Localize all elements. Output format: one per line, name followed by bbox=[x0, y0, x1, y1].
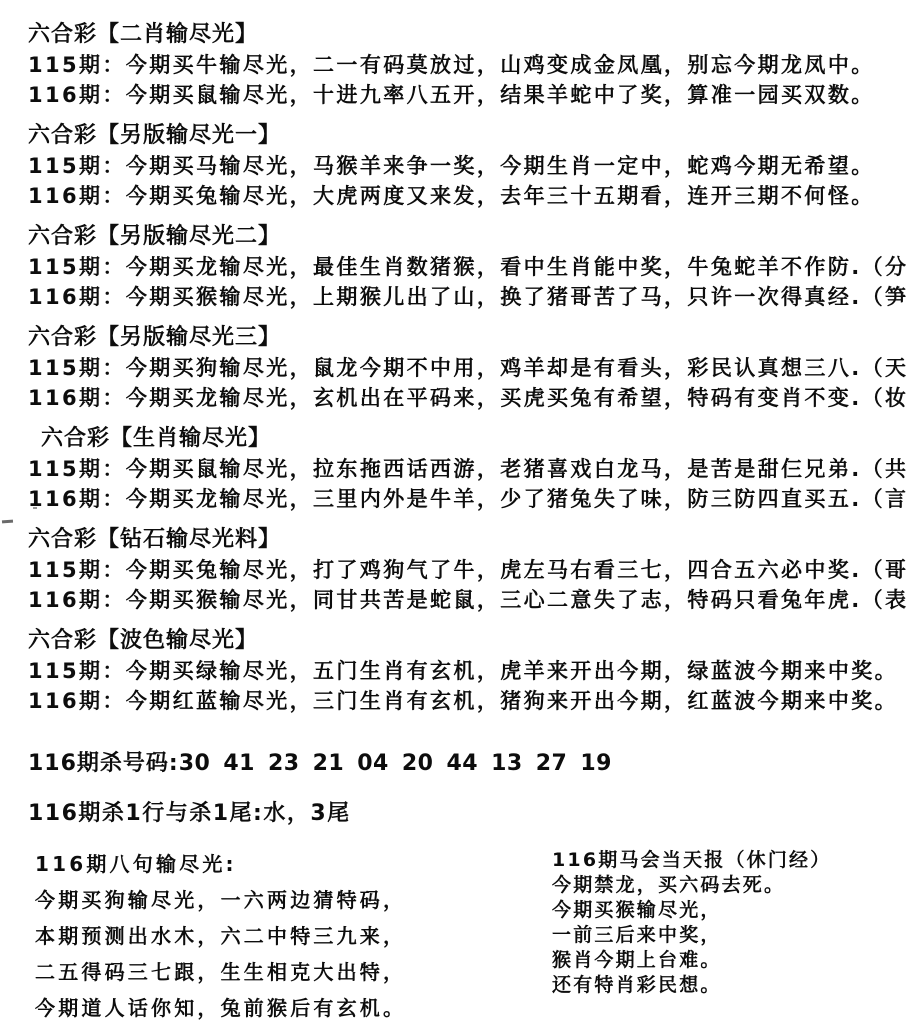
section-line-116: 116期：今期买龙输尽光，玄机出在平码来，买虎买兔有希望，特码有变肖不变.（妆） bbox=[28, 383, 898, 413]
section-alt-version-1: 六合彩【另版输尽光一】 115期：今期买马输尽光，马猴羊来争一奖，今期生肖一定中… bbox=[28, 121, 898, 211]
section-line-116: 116期：今期买猴输尽光，上期猴儿出了山，换了猪哥苦了马，只许一次得真经.（笋） bbox=[28, 282, 898, 312]
section-line-116: 116期：今期红蓝输尽光，三门生肖有玄机，猪狗来开出今期，红蓝波今期来中奖。 bbox=[28, 686, 898, 716]
verse-line: 二五得码三七跟，生生相克大出特， bbox=[35, 954, 552, 990]
report-title: 116期马会当天报（休门经） bbox=[552, 848, 898, 873]
document-page: 六合彩【二肖输尽光】 115期：今期买牛输尽光，二一有码莫放过，山鸡变成金凤凰，… bbox=[0, 0, 908, 1024]
kill-number: 04 bbox=[357, 751, 389, 777]
section-line-116: 116期：今期买龙输尽光，三里内外是牛羊，少了猪兔失了味，防三防四直买五.（言） bbox=[28, 484, 898, 514]
daily-report-block: 116期马会当天报（休门经） 今期禁龙，买六码去死。 今期买猴输尽光， 一前三后… bbox=[552, 846, 898, 1024]
section-title: 六合彩【另版输尽光一】 bbox=[28, 121, 898, 151]
bottom-two-columns: 116期八句输尽光: 今期买狗输尽光，一六两边猜特码， 本期预测出水木，六二中特… bbox=[28, 846, 898, 1024]
section-title: 六合彩【钻石输尽光料】 bbox=[28, 525, 898, 555]
section-line-115: 115期：今期买绿输尽光，五门生肖有玄机，虎羊来开出今期，绿蓝波今期来中奖。 bbox=[28, 656, 898, 686]
kill-number: 19 bbox=[580, 751, 612, 777]
section-line-115: 115期：今期买龙输尽光，最佳生肖数猪猴，看中生肖能中奖，牛兔蛇羊不作防.（分） bbox=[28, 252, 898, 282]
kill-number: 30 bbox=[179, 751, 211, 777]
section-title: 六合彩【生肖输尽光】 bbox=[28, 424, 898, 454]
verse-line: 今期买狗输尽光，一六两边猜特码， bbox=[35, 882, 552, 918]
kill-number: 27 bbox=[536, 751, 568, 777]
section-wave-color: 六合彩【波色输尽光】 115期：今期买绿输尽光，五门生肖有玄机，虎羊来开出今期，… bbox=[28, 626, 898, 716]
verse-line: 本期预测出水木，六二中特三九来， bbox=[35, 918, 552, 954]
kill-row-tail-line: 116期杀1行与杀1尾:水，3尾 bbox=[28, 801, 898, 827]
eight-line-verse-title: 116期八句输尽光: bbox=[35, 846, 552, 882]
section-line-115: 115期：今期买狗输尽光，鼠龙今期不中用，鸡羊却是有看头，彩民认真想三八.（天） bbox=[28, 353, 898, 383]
kill-number: 20 bbox=[402, 751, 434, 777]
kill-number: 21 bbox=[313, 751, 345, 777]
section-line-115: 115期：今期买牛输尽光，二一有码莫放过，山鸡变成金凤凰，别忘今期龙凤中。 bbox=[28, 50, 898, 80]
section-title: 六合彩【另版输尽光二】 bbox=[28, 222, 898, 252]
report-line: 一前三后来中奖， bbox=[552, 923, 898, 948]
section-two-zodiac: 六合彩【二肖输尽光】 115期：今期买牛输尽光，二一有码莫放过，山鸡变成金凤凰，… bbox=[28, 20, 898, 110]
scan-artifact-speck bbox=[33, 507, 37, 509]
report-line: 还有特肖彩民想。 bbox=[552, 973, 898, 998]
section-line-115: 115期：今期买兔输尽光，打了鸡狗气了牛，虎左马右看三七，四合五六必中奖.（哥） bbox=[28, 555, 898, 585]
section-diamond: 六合彩【钻石输尽光料】 115期：今期买兔输尽光，打了鸡狗气了牛，虎左马右看三七… bbox=[28, 525, 898, 615]
section-zodiac: 六合彩【生肖输尽光】 115期：今期买鼠输尽光，拉东拖西话西游，老猪喜戏白龙马，… bbox=[28, 424, 898, 514]
kill-number: 13 bbox=[491, 751, 523, 777]
report-line: 今期买猴输尽光， bbox=[552, 898, 898, 923]
section-line-116: 116期：今期买猴输尽光，同甘共苦是蛇鼠，三心二意失了志，特码只看兔年虎.（表） bbox=[28, 585, 898, 615]
section-line-115: 115期：今期买马输尽光，马猴羊来争一奖，今期生肖一定中，蛇鸡今期无希望。 bbox=[28, 151, 898, 181]
kill-numbers-label: 116期杀号码: bbox=[28, 751, 179, 776]
section-line-116: 116期：今期买鼠输尽光，十进九率八五开，结果羊蛇中了奖，算准一园买双数。 bbox=[28, 80, 898, 110]
kill-number: 41 bbox=[223, 751, 255, 777]
kill-number: 44 bbox=[446, 751, 478, 777]
eight-line-verse-block: 116期八句输尽光: 今期买狗输尽光，一六两边猜特码， 本期预测出水木，六二中特… bbox=[28, 846, 552, 1024]
section-title: 六合彩【波色输尽光】 bbox=[28, 626, 898, 656]
section-title: 六合彩【二肖输尽光】 bbox=[28, 20, 898, 50]
section-title: 六合彩【另版输尽光三】 bbox=[28, 323, 898, 353]
kill-number: 23 bbox=[268, 751, 300, 777]
verse-line: 今期道人话你知，兔前猴后有玄机。 bbox=[35, 990, 552, 1024]
section-line-116: 116期：今期买兔输尽光，大虎两度又来发，去年三十五期看，连开三期不何怪。 bbox=[28, 181, 898, 211]
section-alt-version-2: 六合彩【另版输尽光二】 115期：今期买龙输尽光，最佳生肖数猪猴，看中生肖能中奖… bbox=[28, 222, 898, 312]
report-line: 猴肖今期上台难。 bbox=[552, 948, 898, 973]
report-line: 今期禁龙，买六码去死。 bbox=[552, 873, 898, 898]
section-line-115: 115期：今期买鼠输尽光，拉东拖西话西游，老猪喜戏白龙马，是苦是甜仨兄弟.（共） bbox=[28, 454, 898, 484]
kill-numbers-line: 116期杀号码:30412321042044132719 bbox=[28, 751, 898, 777]
section-alt-version-3: 六合彩【另版输尽光三】 115期：今期买狗输尽光，鼠龙今期不中用，鸡羊却是有看头… bbox=[28, 323, 898, 413]
